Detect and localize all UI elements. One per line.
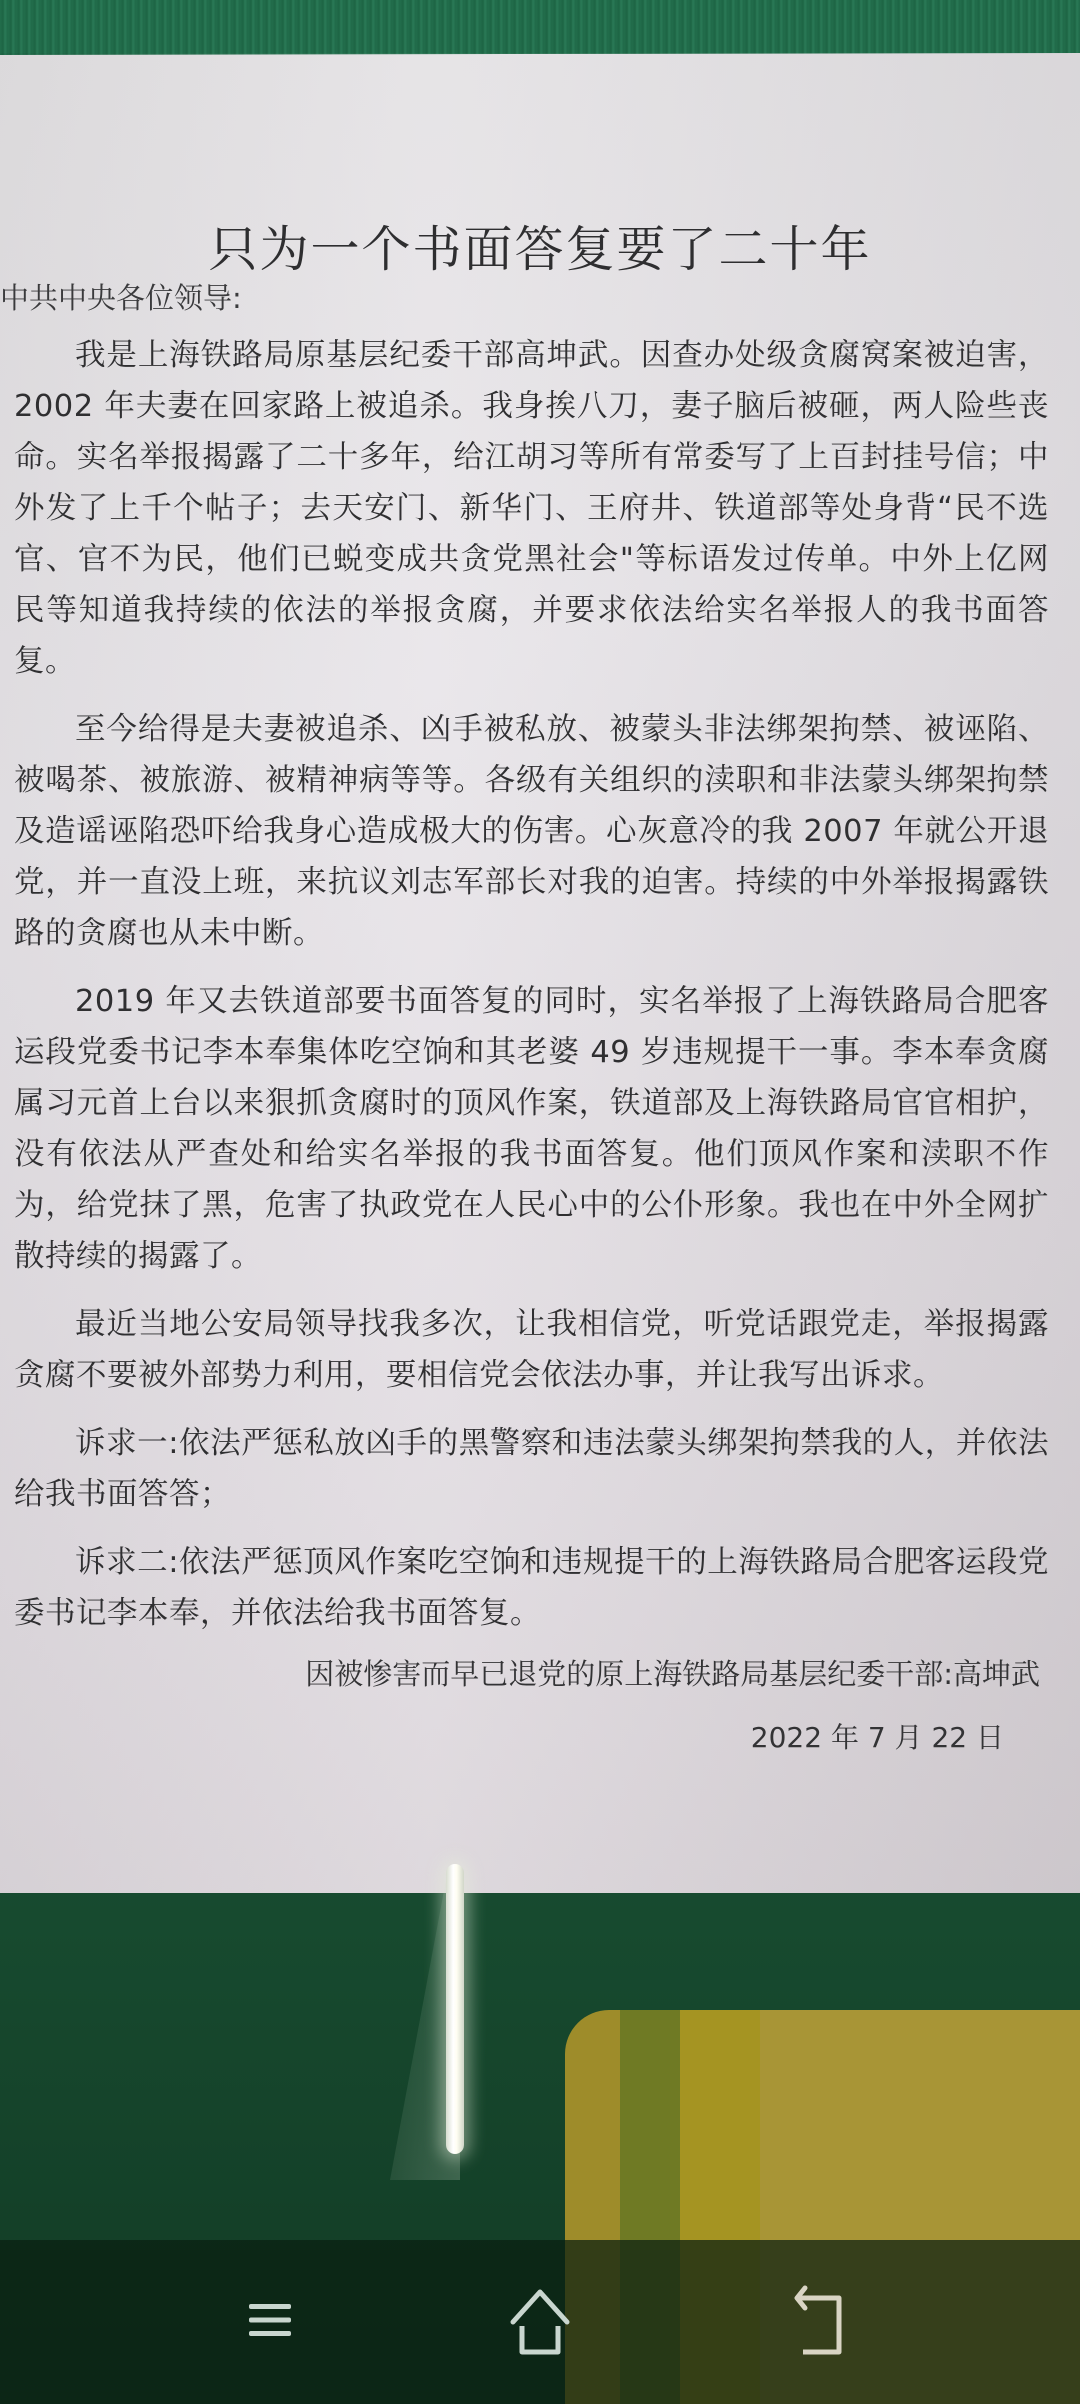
android-navigation-bar [0, 2240, 1080, 2404]
appeal-1: 诉求一:依法严惩私放凶手的黑警察和违法蒙头绑架拘禁我的人，并依法给我书面答答； [14, 1418, 1049, 1520]
paragraph-1: 我是上海铁路局原基层纪委干部高坤武。因查办处级贪腐窝案被迫害，2002 年夫妻在… [14, 330, 1049, 687]
hamburger-menu-icon [247, 2302, 293, 2338]
nav-menu-button[interactable] [230, 2280, 310, 2360]
document-signature: 因被惨害而早已退党的原上海铁路局基层纪委干部:高坤武 [305, 1652, 1040, 1693]
paragraph-4: 最近当地公安局领导找我多次，让我相信党，听党话跟党走，举报揭露贪腐不要被外部势力… [14, 1299, 1049, 1401]
document-salutation: 中共中央各位领导: [0, 276, 242, 317]
document-date: 2022 年 7 月 22 日 [751, 1716, 1004, 1756]
document-body: 我是上海铁路局原基层纪委干部高坤武。因查办处级贪腐窝案被迫害，2002 年夫妻在… [14, 330, 1049, 1639]
nav-back-button[interactable] [780, 2280, 860, 2360]
appeal-2: 诉求二:依法严惩顶风作案吃空饷和违规提干的上海铁路局合肥客运段党委书记李本奉，并… [14, 1537, 1049, 1639]
back-arrow-icon [793, 2282, 847, 2358]
document-title: 只为一个书面答复要了二十年 [0, 211, 1080, 281]
home-icon [510, 2282, 570, 2358]
light-reflection-strip [446, 1864, 464, 2154]
paragraph-3: 2019 年又去铁道部要书面答复的同时，实名举报了上海铁路局合肥客运段党委书记李… [14, 976, 1049, 1282]
green-felt-background [0, 0, 1080, 60]
nav-home-button[interactable] [500, 2280, 580, 2360]
paragraph-2: 至今给得是夫妻被追杀、凶手被私放、被蒙头非法绑架拘禁、被诬陷、被喝茶、被旅游、被… [14, 704, 1049, 959]
